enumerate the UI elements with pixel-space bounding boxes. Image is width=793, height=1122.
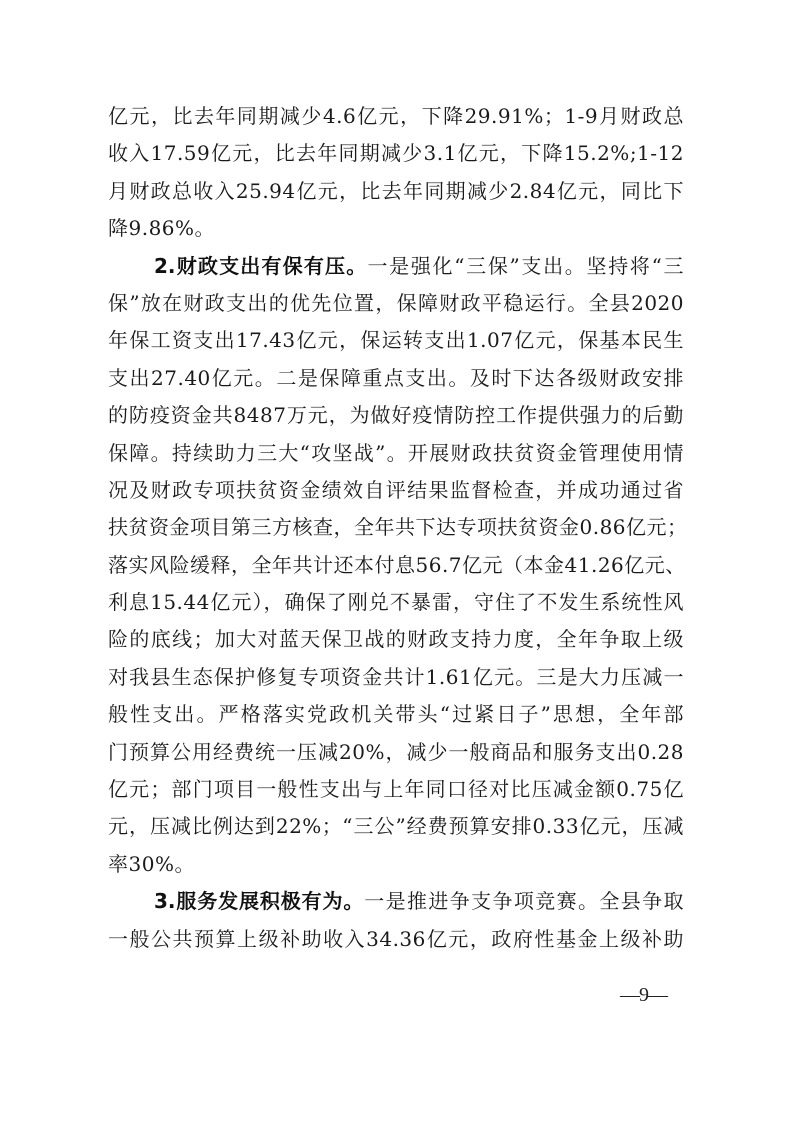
text-line: 对我县生态保护修复专项资金共计1.61亿元。三是大力压减一 <box>108 659 684 696</box>
section-heading-service-development: 3.服务发展积极有为。 <box>154 889 364 913</box>
text-line: 的防疫资金共8487万元，为做好疫情防控工作提供强力的后勤 <box>108 397 684 434</box>
text-line: 支出27.40亿元。二是保障重点支出。及时下达各级财政安排 <box>108 360 684 397</box>
text-line: 亿元，比去年同期减少4.6亿元，下降29.91%；1-9月财政总 <box>108 98 684 135</box>
paragraph-3-first-line: 3.服务发展积极有为。一是推进争支争项竞赛。全县争取 <box>108 883 684 920</box>
page-number: —9— <box>620 984 667 1007</box>
text-line: 一般公共预算上级补助收入34.36亿元，政府性基金上级补助 <box>108 921 684 958</box>
text-line: 落实风险缓释，全年共计还本付息56.7亿元（本金41.26亿元、 <box>108 547 684 584</box>
text-line: 况及财政专项扶贫资金绩效自评结果监督检查，并成功通过省 <box>108 472 684 509</box>
text-line: 般性支出。严格落实党政机关带头“过紧日子”思想，全年部 <box>108 696 684 733</box>
document-page: 亿元，比去年同期减少4.6亿元，下降29.91%；1-9月财政总 收入17.59… <box>0 0 793 1122</box>
text-line: 保障。持续助力三大“攻坚战”。开展财政扶贫资金管理使用情 <box>108 435 684 472</box>
document-body: 亿元，比去年同期减少4.6亿元，下降29.91%；1-9月财政总 收入17.59… <box>108 98 684 958</box>
text-line: 年保工资支出17.43亿元，保运转支出1.07亿元，保基本民生 <box>108 322 684 359</box>
text-line: 收入17.59亿元，比去年同期减少3.1亿元，下降15.2%;1-12 <box>108 135 684 172</box>
section-heading-expenditure: 2.财政支出有保有压。 <box>154 254 367 278</box>
text-line: 利息15.44亿元），确保了刚兑不暴雷，守住了不发生系统性风 <box>108 584 684 621</box>
text-line: 率30%。 <box>108 846 684 883</box>
text-line: 月财政总收入25.94亿元，比去年同期减少2.84亿元，同比下 <box>108 173 684 210</box>
text-line: 降9.86%。 <box>108 210 684 247</box>
text-line: 亿元；部门项目一般性支出与上年同口径对比压减金额0.75亿 <box>108 771 684 808</box>
text-line: 险的底线；加大对蓝天保卫战的财政支持力度，全年争取上级 <box>108 621 684 658</box>
text-line: 门预算公用经费统一压减20%，减少一般商品和服务支出0.28 <box>108 734 684 771</box>
paragraph-2-first-line: 2.财政支出有保有压。一是强化“三保”支出。坚持将“三 <box>108 248 684 285</box>
text-span: 一是强化“三保”支出。坚持将“三 <box>367 254 684 278</box>
text-line: 元，压减比例达到22%；“三公”经费预算安排0.33亿元，压减 <box>108 808 684 845</box>
text-span: 一是推进争支争项竞赛。全县争取 <box>364 889 684 913</box>
text-line: 扶贫资金项目第三方核查，全年共下达专项扶贫资金0.86亿元； <box>108 509 684 546</box>
text-line: 保”放在财政支出的优先位置，保障财政平稳运行。全县2020 <box>108 285 684 322</box>
